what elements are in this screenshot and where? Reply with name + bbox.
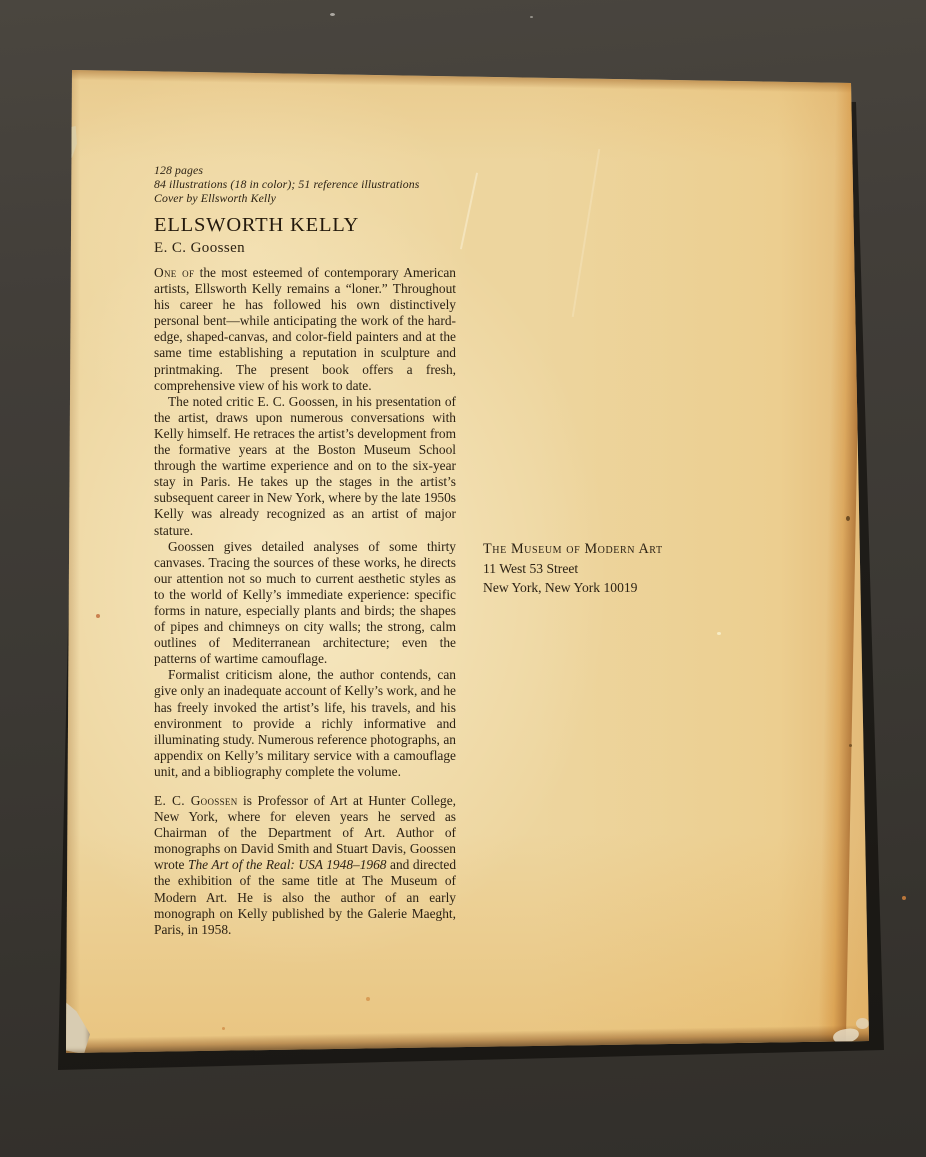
jacket-flap-text: 128 pages 84 illustrations (18 in color)…: [154, 163, 456, 938]
blurb-paragraph-1: One of the most esteemed of contemporary…: [154, 265, 456, 394]
paper-fleck: [846, 516, 850, 521]
bio-book-title-italic: The Art of the Real: USA 1948–1968: [188, 857, 386, 872]
tanned-top-edge: [72, 70, 854, 93]
paper-fleck: [366, 997, 370, 1001]
paper-fleck: [96, 614, 100, 618]
book-title: ELLSWORTH KELLY: [154, 214, 456, 237]
photo-backdrop: 128 pages 84 illustrations (18 in color)…: [0, 0, 926, 1157]
publisher-name: The Museum of Modern Art: [483, 540, 663, 559]
corner-wear: [856, 1018, 869, 1029]
paper-fleck: [222, 1027, 225, 1030]
spine-side-shading: [66, 70, 80, 1054]
paragraph-text: the most esteemed of contemporary Americ…: [154, 265, 456, 393]
jacket-crease: [572, 149, 601, 317]
jacket-crease: [460, 173, 478, 250]
backdrop-speck: [530, 16, 533, 18]
book-back-cover: 128 pages 84 illustrations (18 in color)…: [0, 0, 926, 1157]
colophon-pages-line: 128 pages: [154, 163, 456, 177]
publisher-address-city: New York, New York 10019: [483, 578, 663, 597]
colophon-cover-credit-line: Cover by Ellsworth Kelly: [154, 191, 456, 205]
blurb-paragraph-3: Goossen gives detailed analyses of some …: [154, 539, 456, 668]
publisher-imprint: The Museum of Modern Art 11 West 53 Stre…: [483, 540, 663, 597]
colophon-illustrations-line: 84 illustrations (18 in color); 51 refer…: [154, 177, 456, 191]
jacket-blurb: One of the most esteemed of contemporary…: [154, 265, 456, 938]
colophon: 128 pages 84 illustrations (18 in color)…: [154, 163, 456, 205]
blurb-paragraph-4: Formalist criticism alone, the author co…: [154, 667, 456, 780]
book-author: E. C. Goossen: [154, 239, 456, 257]
paragraph-lead-small-caps: One of: [154, 265, 194, 280]
paper-fleck: [849, 744, 852, 747]
backdrop-speck: [330, 13, 335, 16]
author-bio-paragraph: E. C. Goossen is Professor of Art at Hun…: [154, 793, 456, 938]
bio-lead-small-caps: E. C. Goossen: [154, 793, 238, 808]
publisher-address-street: 11 West 53 Street: [483, 559, 663, 578]
blurb-paragraph-2: The noted critic E. C. Goossen, in his p…: [154, 394, 456, 539]
paper-fleck: [717, 632, 721, 635]
backdrop-speck: [902, 896, 906, 900]
